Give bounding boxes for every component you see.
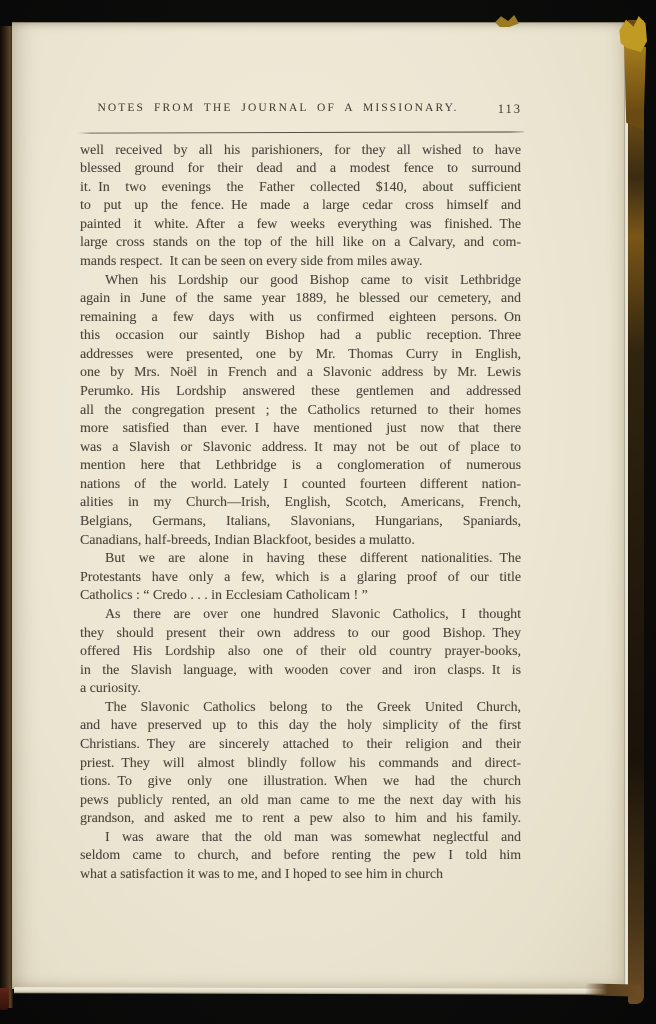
text-line: to put up the fence. He made a large ced… [80,197,521,216]
paragraph: I was aware that the old man was somewha… [80,829,521,885]
text-line: Christians. They are sincerely attached … [80,736,521,755]
paragraph: But we are alone in having these differe… [80,550,521,606]
text-line: again in June of the same year 1889, he … [80,290,521,309]
text-line: tions. To give only one illustration. Wh… [80,773,521,792]
text-line: grandson, and asked me to rent a pew als… [80,810,521,829]
text-line: painted it white. After a few weeks ever… [80,216,521,235]
text-line: Perumko. His Lordship answered these gen… [80,383,521,402]
text-line: Canadians, half-breeds, Indian Blackfoot… [80,532,521,551]
paragraph: As there are over one hundred Slavonic C… [80,606,521,699]
text-line: remaining a few days with us confirmed e… [80,309,521,328]
text-line: all the congregation present ; the Catho… [80,402,521,421]
binding-bottom-wedge [585,983,641,996]
text-line: addresses were presented, one by Mr. Tho… [80,346,521,365]
paragraph: When his Lordship our good Bishop came t… [80,272,521,551]
body-text: well received by all his parishioners, f… [80,142,521,885]
text-line: a curiosity. [80,680,521,699]
text-line: seldom came to church, and before rentin… [80,847,521,866]
text-line: Belgians, Germans, Italians, Slavonians,… [80,513,521,532]
text-line: offered His Lordship also one of their o… [80,643,521,662]
text-line: But we are alone in having these differe… [80,550,521,569]
text-line: Catholics : “ Credo . . . in Ecclesiam C… [80,587,521,606]
text-line: and have preserved up to this day the ho… [80,717,521,736]
text-line: it. In two evenings the Father collected… [80,179,521,198]
binding-strip-right [628,20,644,1004]
text-line: well received by all his parishioners, f… [80,142,521,161]
book-page: NOTES FROM THE JOURNAL OF A MISSIONARY. … [12,22,624,989]
text-line: mention here that Lethbridge is a conglo… [80,457,521,476]
text-line: nations of the world. Lately I counted f… [80,476,521,495]
text-line: As there are over one hundred Slavonic C… [80,606,521,625]
paragraph: The Slavonic Catholics belong to the Gre… [80,699,521,829]
paragraph: well received by all his parishioners, f… [80,142,521,272]
text-line: was a Slavish or Slavonic address. It ma… [80,439,521,458]
text-line: pews publicly rented, an old man came to… [80,792,521,811]
text-line: mands respect. It can be seen on every s… [80,253,521,272]
text-line: alities in my Church—Irish, English, Sco… [80,494,521,513]
text-line: what a satisfaction it was to me, and I … [80,866,521,885]
spine-bottom-fragment [0,988,9,1010]
running-header: NOTES FROM THE JOURNAL OF A MISSIONARY. … [80,102,522,120]
text-line: Protestants have only a few, which is a … [80,569,521,588]
text-line: I was aware that the old man was somewha… [80,829,521,848]
text-line: they should present their own address to… [80,625,521,644]
text-line: large cross stands on the top of the hil… [80,234,521,253]
text-line: When his Lordship our good Bishop came t… [80,272,521,291]
text-line: in the Slavish language, with wooden cov… [80,662,521,681]
text-line: The Slavonic Catholics belong to the Gre… [80,699,521,718]
running-title: NOTES FROM THE JOURNAL OF A MISSIONARY. [80,102,476,114]
text-line: more satisfied than ever. I have mention… [80,420,521,439]
page-number: 113 [498,102,522,117]
text-line: blessed ground for their dead and a mode… [80,160,521,179]
text-line: this occasion our saintly Bishop had a p… [80,327,521,346]
torn-paper-fragment [624,40,646,130]
text-line: priest. They will almost blindly follow … [80,755,521,774]
text-line: one by Mrs. Noël in French and a Slavoni… [80,364,521,383]
header-rule [78,131,524,134]
